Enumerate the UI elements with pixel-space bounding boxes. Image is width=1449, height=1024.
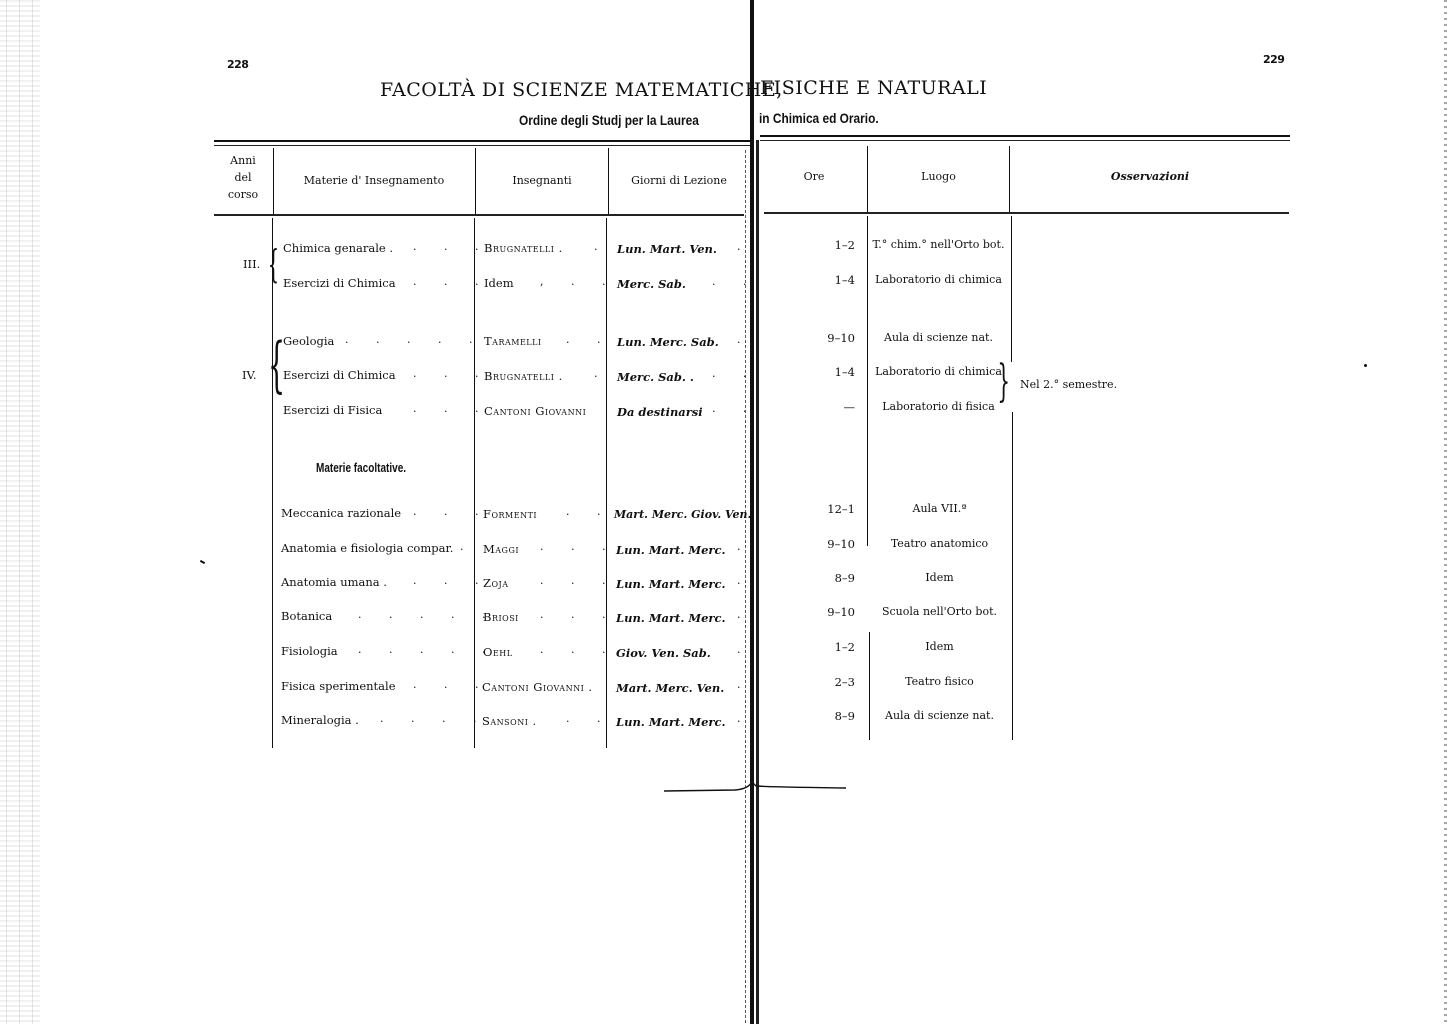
brace-note: { [997,360,1010,404]
speck [200,560,205,564]
materia-cell: Fisiologia [281,644,338,658]
leader-dots: . . . [413,367,490,380]
leader-dots: . . . . [380,712,488,725]
leader-dots: . [737,712,753,725]
materia-cell: Esercizi di Fisica [283,403,382,417]
rule-top-left [214,140,750,142]
luogo-cell: Teatro anatomico [869,537,1010,551]
materia-cell: Fisica sperimentale [281,679,396,693]
insegnante-cell: Idem [484,276,514,290]
leader-dots: . [737,240,753,253]
leader-dots: . . [712,367,759,380]
leader-dots: . . . [540,540,617,553]
page-number-left: 228 [227,58,248,71]
leader-dots: . . . . . [358,608,497,621]
col-line [1012,412,1013,740]
page-title-left: FACOLTÀ DI SCIENZE MATEMATICHE, [380,79,783,101]
year-label-iii: III. [243,257,260,271]
leader-dots: . . . [540,608,617,621]
luogo-cell: T.° chim.° nell'Orto bot. [868,238,1009,252]
ore-cell: 1–4 [790,365,855,379]
ore-cell: — [790,400,855,414]
leader-dots: . . [712,275,759,288]
luogo-cell: Aula di scienze nat. [869,709,1010,723]
insegnante-cell: Zoja [483,576,509,590]
giorni-cell: Lun. Mart. Ven. [617,242,717,256]
giorni-cell: Merc. Sab. [617,277,686,291]
insegnante-cell: Brugnatelli . [484,241,563,255]
materia-cell: Mineralogia . [281,713,359,727]
rule-top-right-2 [760,140,1290,141]
col-line [1011,216,1012,362]
ore-cell: 8–9 [790,571,855,585]
ore-cell: 8–9 [790,709,855,723]
col-header-anni-2: del [214,169,272,186]
leader-dots: . [737,574,753,587]
leader-dots: . . . [413,678,490,691]
col-header-giorni: Giorni di Lezione [609,172,749,189]
luogo-cell: Teatro fisico [869,675,1010,689]
ore-cell: 2–3 [790,675,855,689]
subtitle-left: Ordine degli Studj per la Laurea [519,112,699,128]
col-line [606,218,607,748]
leader-dots: . [460,540,476,553]
materia-cell: Esercizi di Chimica [283,276,396,290]
leader-dots: . . . [413,240,490,253]
note-semestre: Nel 2.° semestre. [1020,378,1117,392]
year-label-iv: IV. [242,368,257,382]
insegnante-cell: Brugnatelli . [484,369,563,383]
leader-dots: . . . [540,643,617,656]
leader-dots: . . [566,333,613,346]
col-header-anni-1: Anni [214,152,272,169]
leader-dots: . . [712,402,759,415]
leader-dots: . . . . . [358,643,497,656]
leader-dots: . [737,540,753,553]
giorni-cell: Da destinarsi [617,405,703,419]
leader-dots: . [737,678,753,691]
ore-cell: 9–10 [790,331,855,345]
ore-cell: 9–10 [790,605,855,619]
giorni-cell: Merc. Sab. . [617,370,694,384]
col-line [272,218,273,748]
col-header-luogo: Luogo [868,168,1009,185]
luogo-cell: Scuola nell'Orto bot. [869,605,1010,619]
leader-dots: , . . [540,275,617,288]
giorni-cell: Lun. Merc. Sab. [617,335,719,349]
page-title-right: FISICHE E NATURALI [760,77,987,99]
leader-dots: . . . [540,574,617,587]
rule-top-left-2 [214,145,750,146]
giorni-cell: Mart. Merc. Giov. Ven. [614,508,751,522]
luogo-cell: Laboratorio di fisica [868,400,1009,414]
giorni-cell: Lun. Mart. Merc. [616,715,726,729]
leader-dots: . . [566,505,613,518]
materia-cell: Botanica [281,609,332,623]
luogo-cell: Aula di scienze nat. [868,331,1009,345]
materia-cell: Esercizi di Chimica [283,368,396,382]
materia-cell: Anatomia umana . [281,575,387,589]
giorni-cell: Giov. Ven. Sab. [616,646,711,660]
col-line [474,218,475,748]
leader-dots: . . . [413,574,490,587]
luogo-cell: Laboratorio di chimica [868,365,1009,379]
ore-cell: 12–1 [790,502,855,516]
scan-edge-right [1444,0,1447,1024]
luogo-cell: Aula VII.ª [869,502,1010,516]
leader-dots: . [594,367,610,380]
leader-dots: . . . . . [345,333,484,346]
book-gutter-inner [756,140,759,1024]
ore-cell: 1–2 [790,238,855,252]
giorni-cell: Lun. Mart. Merc. [616,577,726,591]
insegnante-cell: Oehl [483,645,513,659]
speck [1364,364,1367,367]
insegnante-cell: Maggi [483,542,519,556]
ore-cell: 9–10 [790,537,855,551]
insegnante-cell: Taramelli [484,334,542,348]
insegnante-cell: Cantoni Giovanni . [482,680,593,694]
brace-iii: { [268,245,279,283]
rule-header-bottom-left [214,214,744,216]
subtitle-right: in Chimica ed Orario. [759,110,879,126]
col-header-insegnanti: Insegnanti [476,172,608,189]
col-header-anni: Anni del corso [214,152,272,203]
col-header-ore: Ore [764,168,864,185]
ore-cell: 1–2 [790,640,855,654]
insegnante-cell: Sansoni . [482,714,537,728]
section-heading-facoltative: Materie facoltative. [316,461,406,475]
col-header-materie: Materie d' Insegnamento [274,172,474,189]
rule-header-bottom-right [764,212,1289,214]
leader-dots: . [737,608,753,621]
giorni-cell: Mart. Merc. Ven. [616,681,724,695]
leader-dots: . [737,643,753,656]
ore-cell: 1–4 [790,273,855,287]
scan-edge-left [0,0,40,1024]
insegnante-cell: Cantoni Giovanni [484,404,586,418]
leader-dots: . . . [413,275,490,288]
luogo-cell: Laboratorio di chimica [868,273,1009,287]
closing-rule [660,776,850,796]
materia-cell: Meccanica razionale [281,506,401,520]
giorni-cell: Lun. Mart. Merc. [616,543,726,557]
luogo-cell: Idem [869,640,1010,654]
materia-cell: Anatomia e fisiologia compar. [281,541,453,555]
col-header-anni-3: corso [214,186,272,203]
giorni-cell: Lun. Mart. Merc. [616,611,726,625]
leader-dots: . [737,333,753,346]
luogo-cell: Idem [869,571,1010,585]
materia-cell: Chimica genarale . [283,241,393,255]
leader-dots: . . . [413,505,490,518]
insegnante-cell: Briosi [483,610,519,624]
leader-dots: . . [566,712,613,725]
col-line [867,216,868,546]
materia-cell: Geologia [283,334,334,348]
leader-dots: . . . [413,402,490,415]
rule-top-right [760,135,1290,137]
insegnante-cell: Formenti [483,507,537,521]
page-number-right: 229 [1263,53,1284,66]
col-header-osservazioni: Osservazioni [1010,168,1290,185]
leader-dots: . [594,240,610,253]
